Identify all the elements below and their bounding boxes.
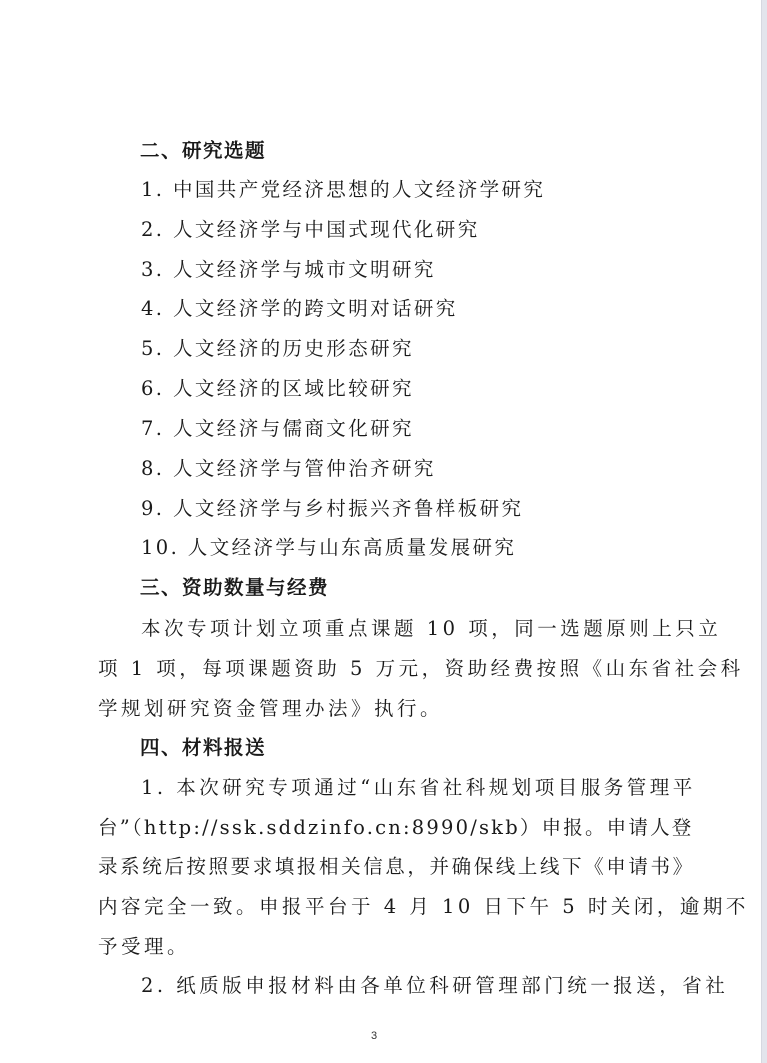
section-heading-research-topics: 二、研究选题 xyxy=(140,138,266,164)
document-page: 二、研究选题 1. 中国共产党经济思想的人文经济学研究 2. 人文经济学与中国式… xyxy=(0,0,762,1063)
paragraph-line: 项 1 项，每项课题资助 5 万元，资助经费按照《山东省社会科 xyxy=(98,656,744,682)
paragraph-line: 2. 纸质版申报材料由各单位科研管理部门统一报送，省社 xyxy=(141,973,728,999)
paragraph-line: 录系统后按照要求填报相关信息，并确保线上线下《申请书》 xyxy=(98,854,695,880)
section-heading-materials: 四、材料报送 xyxy=(140,735,266,761)
paragraph-line: 本次专项计划立项重点课题 10 项，同一选题原则上只立 xyxy=(141,616,721,642)
topic-item: 7. 人文经济与儒商文化研究 xyxy=(141,416,414,442)
topic-item: 10. 人文经济学与山东高质量发展研究 xyxy=(141,535,516,561)
paragraph-line: 内容完全一致。申报平台于 4 月 10 日下午 5 时关闭，逾期不 xyxy=(98,894,749,920)
paragraph-line-with-url: 台”（http://ssk.sddzinfo.cn:8990/skb）申报。申请… xyxy=(98,815,693,841)
paragraph-line: 予受理。 xyxy=(98,934,190,960)
topic-item: 6. 人文经济的区域比较研究 xyxy=(141,376,414,402)
page-number: 3 xyxy=(371,1030,377,1042)
paragraph-line: 1. 本次研究专项通过“山东省社科规划项目服务管理平 xyxy=(141,775,696,801)
topic-item: 5. 人文经济的历史形态研究 xyxy=(141,336,414,362)
viewer-edge-scrollbar[interactable] xyxy=(761,0,767,1063)
topic-item: 1. 中国共产党经济思想的人文经济学研究 xyxy=(141,177,545,203)
section-heading-funding: 三、资助数量与经费 xyxy=(140,575,329,601)
paragraph-line: 学规划研究资金管理办法》执行。 xyxy=(98,696,443,722)
topic-item: 8. 人文经济学与管仲治齐研究 xyxy=(141,456,436,482)
topic-item: 3. 人文经济学与城市文明研究 xyxy=(141,257,436,283)
topic-item: 9. 人文经济学与乡村振兴齐鲁样板研究 xyxy=(141,496,523,522)
topic-item: 2. 人文经济学与中国式现代化研究 xyxy=(141,217,480,243)
topic-item: 4. 人文经济学的跨文明对话研究 xyxy=(141,296,458,322)
